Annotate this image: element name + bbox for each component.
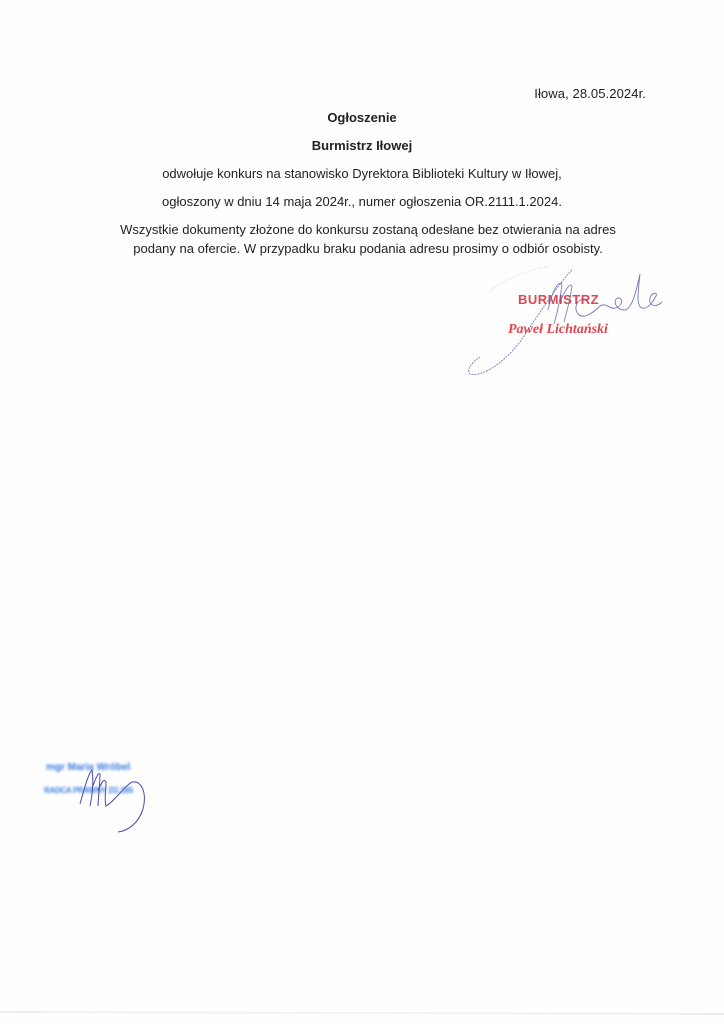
page-edge-line [0, 1011, 724, 1015]
body-paragraph: Wszystkie dokumenty złożone do konkursu … [98, 220, 638, 258]
body-line-1: odwołuje konkurs na stanowisko Dyrektora… [0, 166, 724, 181]
legal-counsel-stamp: mgr Maria Wróbel RADCA PRAWNY ZG 285 [40, 760, 180, 840]
body-line-2: ogłoszony w dniu 14 maja 2024r., numer o… [0, 194, 724, 209]
mayor-signature-stamp: BURMISTRZ Paweł Lichtański [460, 262, 680, 382]
document-title: Ogłoszenie [0, 110, 724, 125]
handwritten-signature-icon [460, 262, 680, 382]
counsel-signature-icon [40, 760, 180, 840]
document-page: Iłowa, 28.05.2024r. Ogłoszenie Burmistrz… [0, 0, 724, 1024]
document-issuer: Burmistrz Iłowej [0, 138, 724, 153]
place-date: Iłowa, 28.05.2024r. [534, 86, 646, 101]
